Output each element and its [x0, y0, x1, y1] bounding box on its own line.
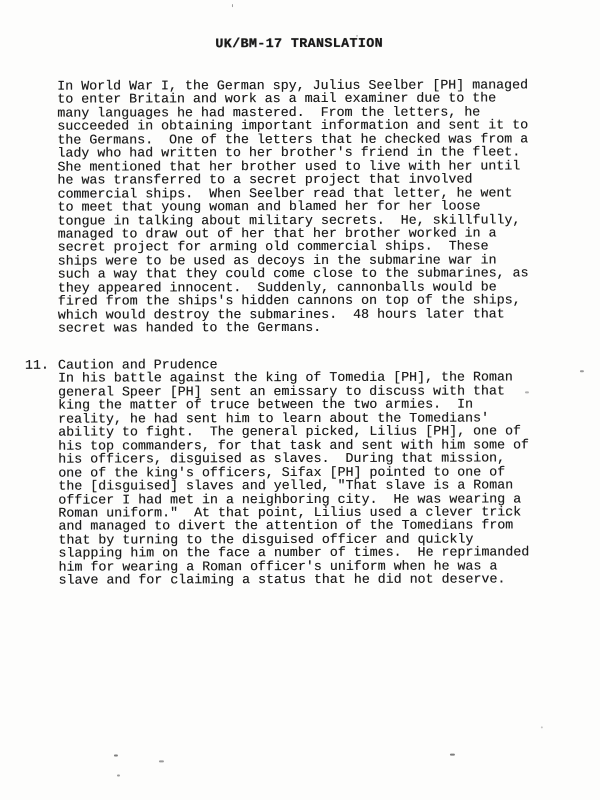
scan-speckle: [114, 754, 118, 756]
scan-speckle: [117, 774, 120, 776]
section-body-container: Caution and Prudence In his battle again…: [58, 357, 545, 587]
scan-speckle: [356, 35, 358, 37]
section-caution-and-prudence: 11. Caution and Prudence In his battle a…: [25, 357, 546, 587]
scan-speckle: [580, 370, 584, 372]
page-content: UK/BM-17 TRANSLATION In World War I, the…: [0, 0, 600, 800]
scan-speckle: [541, 726, 543, 728]
paragraph-seelber-story: In World War I, the German spy, Julius S…: [57, 78, 544, 335]
scan-speckle: [159, 760, 164, 762]
scanned-document-page: UK/BM-17 TRANSLATION In World War I, the…: [0, 0, 600, 800]
section-number: 11.: [25, 359, 58, 373]
paragraph-lilius-story: In his battle against the king of Tomedi…: [58, 371, 545, 588]
document-title: UK/BM-17 TRANSLATION: [0, 36, 599, 51]
scan-speckle: [232, 4, 233, 7]
scan-speckle: [525, 391, 529, 393]
scan-speckle: [450, 754, 455, 756]
